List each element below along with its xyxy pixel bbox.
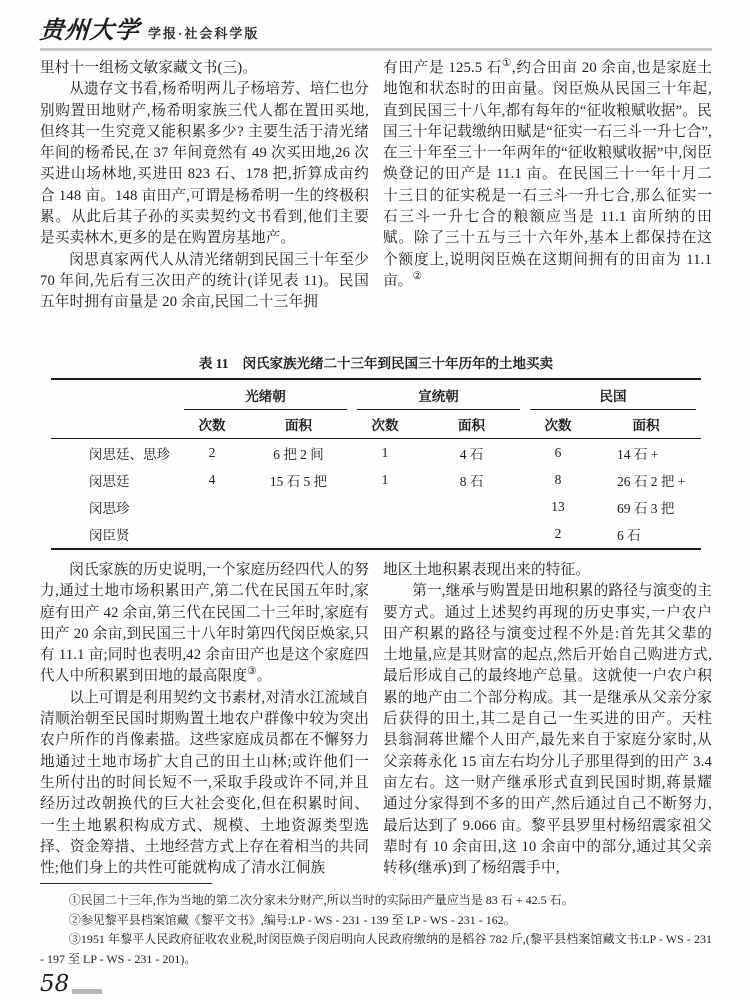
table-cell: 26 石 2 把 + — [591, 466, 701, 494]
footnote-reference: ② — [413, 271, 423, 282]
paragraph: 里村十一组杨文敏家藏文书(三)。 — [40, 58, 369, 79]
footnote-area: ①民国二十三年,作为当地的第二次分家未分财产,所以当时的实际田产量应当是 83 … — [40, 883, 712, 996]
footnote-reference: ① — [502, 58, 512, 69]
body-text-bottom-section: 闵氏家族的历史说明,一个家庭历经四代人的努力,通过土地市场积累田产,第二代在民国… — [40, 560, 712, 890]
page-number-row: 58 — [40, 972, 712, 996]
table-row: 闵思廷、思珍26 把 2 间14 石614 石 + — [51, 439, 701, 467]
column-bottom-right: 地区土地积累表现出来的特征。第一,继承与购置是田地积累的路径与演变的主要方式。通… — [383, 560, 712, 890]
table-group-header: 光绪朝 — [179, 379, 352, 410]
table-subheader: 面积 — [591, 410, 701, 439]
table-cell: 4 — [179, 466, 245, 494]
table-group-header: 民国 — [525, 379, 701, 410]
table-cell — [179, 521, 245, 549]
table-subheader: 面积 — [418, 410, 525, 439]
table-row-name: 闵思廷、思珍 — [51, 439, 179, 467]
table-group-header: 宣统朝 — [352, 379, 525, 410]
journal-subtitle: 学报·社会科学版 — [148, 23, 259, 42]
page-header: 贵州大学 学报·社会科学版 — [40, 10, 712, 51]
page-number: 58 — [40, 972, 69, 996]
table-cell: 13 — [525, 494, 591, 522]
paragraph: 地区土地积累表现出来的特征。 — [383, 560, 712, 581]
table-subheader: 次数 — [352, 410, 418, 439]
column-top-left: 里村十一组杨文敏家藏文书(三)。从遗存文书看,杨希明两儿子杨培芳、培仁也分别购置… — [40, 58, 369, 336]
page-number-tick — [72, 989, 102, 994]
land-purchase-table: 光绪朝宣统朝民国次数面积次数面积次数面积 闵思廷、思珍26 把 2 间14 石6… — [51, 378, 701, 550]
table-corner-cell — [51, 379, 179, 410]
header-divider-rule — [40, 48, 712, 51]
table-cell: 6 — [525, 439, 591, 467]
table-cell: 8 — [525, 466, 591, 494]
table-subheader: 次数 — [179, 410, 245, 439]
table-cell — [179, 494, 245, 522]
table-row-name: 闵思珍 — [51, 494, 179, 522]
table-cell — [245, 521, 352, 549]
table-cell — [418, 521, 525, 549]
table-cell: 69 石 3 把 — [591, 494, 701, 522]
footnote: ②参见黎平县档案馆藏《黎平文书》,编号:LP - WS - 231 - 139 … — [40, 911, 712, 931]
paragraph: 第一,继承与购置是田地积累的路径与演变的主要方式。通过上述契约再现的历史事实,一… — [383, 581, 712, 879]
table-row-name: 闵思廷 — [51, 466, 179, 494]
table-subheader-row: 次数面积次数面积次数面积 — [51, 410, 701, 439]
journal-masthead: 贵州大学 学报·社会科学版 — [40, 10, 712, 45]
footnotes-list: ①民国二十三年,作为当地的第二次分家未分财产,所以当时的实际田产量应当是 83 … — [40, 891, 712, 969]
body-text-top-section: 里村十一组杨文敏家藏文书(三)。从遗存文书看,杨希明两儿子杨培芳、培仁也分别购置… — [40, 58, 712, 336]
column-bottom-left: 闵氏家族的历史说明,一个家庭历经四代人的努力,通过土地市场积累田产,第二代在民国… — [40, 560, 369, 890]
table-group-header-row: 光绪朝宣统朝民国 — [51, 379, 701, 410]
table-cell: 15 石 5 把 — [245, 466, 352, 494]
table-block: 表 11闵氏家族光绪二十三年到民国三十年历年的土地买卖 光绪朝宣统朝民国次数面积… — [40, 352, 712, 550]
table-cell — [418, 494, 525, 522]
paragraph: 有田产是 125.5 石①,约合田亩 20 余亩,也是家庭土地饱和状态时的田亩量… — [383, 58, 712, 292]
table-caption: 闵氏家族光绪二十三年到民国三十年历年的土地买卖 — [243, 356, 554, 371]
table-cell: 8 石 — [418, 466, 525, 494]
footnote-reference: ③ — [247, 667, 257, 678]
table-row: 闵臣贤26 石 — [51, 521, 701, 549]
table-cell: 4 石 — [418, 439, 525, 467]
paragraph: 从遗存文书看,杨希明两儿子杨培芳、培仁也分别购置田地财产,杨希明家族三代人都在置… — [40, 79, 369, 249]
paragraph: 闵氏家族的历史说明,一个家庭历经四代人的努力,通过土地市场积累田产,第二代在民国… — [40, 560, 369, 688]
table-cell — [245, 494, 352, 522]
table-cell: 6 石 — [591, 521, 701, 549]
table-cell — [352, 494, 418, 522]
table-cell: 14 石 + — [591, 439, 701, 467]
paragraph: 以上可谓是利用契约文书素材,对清水江流域自清顺治朝至民国时期购置土地农户群像中较… — [40, 688, 369, 880]
footnote-separator-rule — [40, 883, 212, 884]
table-row-name: 闵臣贤 — [51, 521, 179, 549]
table-label: 表 11 — [199, 356, 229, 371]
table-subheader: 次数 — [525, 410, 591, 439]
footnote: ③1951 年黎平人民政府征收农业税,时闵臣焕子闵启明向人民政府缴纳的是稻谷 7… — [40, 930, 712, 969]
table-cell: 6 把 2 间 — [245, 439, 352, 467]
table-cell: 1 — [352, 466, 418, 494]
footnote: ①民国二十三年,作为当地的第二次分家未分财产,所以当时的实际田产量应当是 83 … — [40, 891, 712, 911]
table-row: 闵思廷415 石 5 把18 石826 石 2 把 + — [51, 466, 701, 494]
table-title: 表 11闵氏家族光绪二十三年到民国三十年历年的土地买卖 — [40, 352, 712, 372]
table-cell: 2 — [525, 521, 591, 549]
table-cell: 1 — [352, 439, 418, 467]
column-top-right: 有田产是 125.5 石①,约合田亩 20 余亩,也是家庭土地饱和状态时的田亩量… — [383, 58, 712, 336]
table-row: 闵思珍1369 石 3 把 — [51, 494, 701, 522]
journal-page: 贵州大学 学报·社会科学版 里村十一组杨文敏家藏文书(三)。从遗存文书看,杨希明… — [0, 0, 750, 1000]
table-subheader: 面积 — [245, 410, 352, 439]
table-cell — [352, 521, 418, 549]
paragraph: 闵思真家两代人从清光绪朝到民国三十年至少 70 年间,先后有三次田产的统计(详见… — [40, 250, 369, 314]
table-cell: 2 — [179, 439, 245, 467]
journal-logo: 贵州大学 — [39, 10, 141, 45]
table-subheader-blank — [51, 410, 179, 439]
